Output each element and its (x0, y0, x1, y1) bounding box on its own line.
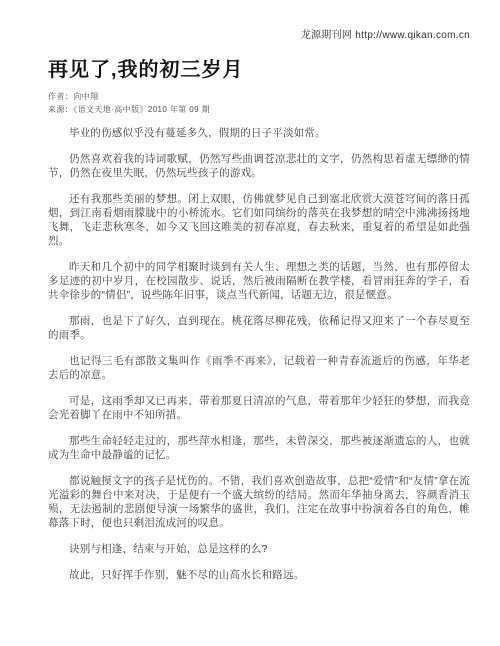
watermark-text: 龙源期刊网 http://www.qikan.com.cn (301, 30, 470, 41)
document-page: 龙源期刊网 http://www.qikan.com.cn 再见了,我的初三岁月… (0, 0, 500, 646)
paragraph: 毕业的伤感似乎没有蔓延多久，假期的日子平淡如常。 (48, 126, 470, 140)
paragraph: 都说触摸文字的孩子是忧伤的。不错，我们喜欢创造故事，总把“爱情”和“友情”拿在流… (48, 474, 470, 530)
paragraph: 那雨，也是下了好久，直到现在。桃花落尽柳花残，依稀记得又迎来了一个春尽夏至的雨季… (48, 314, 470, 342)
paragraph: 可是，这雨季却又已再来，带着那夏日清凉的气息，带着那年少轻狂的梦想，而我竟会光着… (48, 394, 470, 422)
paragraph: 还有我那些美丽的梦想。闭上双眼，仿佛就梦见自己到塞北欣赏大漠苍穹间的落日孤烟，到… (48, 192, 470, 248)
paragraph: 那些生命轻轻走过的，那些萍水相逢，那些，未曾深交，那些被逐渐遗忘的人，也就成为生… (48, 434, 470, 462)
paragraph: 昨天和几个初中的同学相聚时谈到有关人生、理想之类的话题，当然，也有那停留太多足迹… (48, 260, 470, 302)
paragraph: 诀别与相逢，结束与开始，总是这样的么? (48, 542, 470, 556)
paragraph: 也记得三毛有部散文集叫作《雨季不再来》，记载着一种青春流逝后的伤感，年华老去后的… (48, 354, 470, 382)
paragraph: 仍然喜欢着我的诗词歌赋，仍然写些曲调苍凉悲壮的文字，仍然构思着虚无缥缈的情节，仍… (48, 152, 470, 180)
article-body: 毕业的伤感似乎没有蔓延多久，假期的日子平淡如常。 仍然喜欢着我的诗词歌赋，仍然写… (48, 126, 470, 582)
paragraph: 故此，只好挥手作别，魅不尽的山高水长和路远。 (48, 568, 470, 582)
article-content: 再见了,我的初三岁月 作者：向中翔 来源：《语文天地·高中版》2010 年第 0… (48, 58, 470, 594)
article-title: 再见了,我的初三岁月 (48, 58, 470, 82)
article-source: 来源：《语文天地·高中版》2010 年第 09 期 (48, 103, 470, 116)
article-author: 作者：向中翔 (48, 90, 470, 103)
journal-watermark: 龙源期刊网 http://www.qikan.com.cn (301, 26, 470, 41)
